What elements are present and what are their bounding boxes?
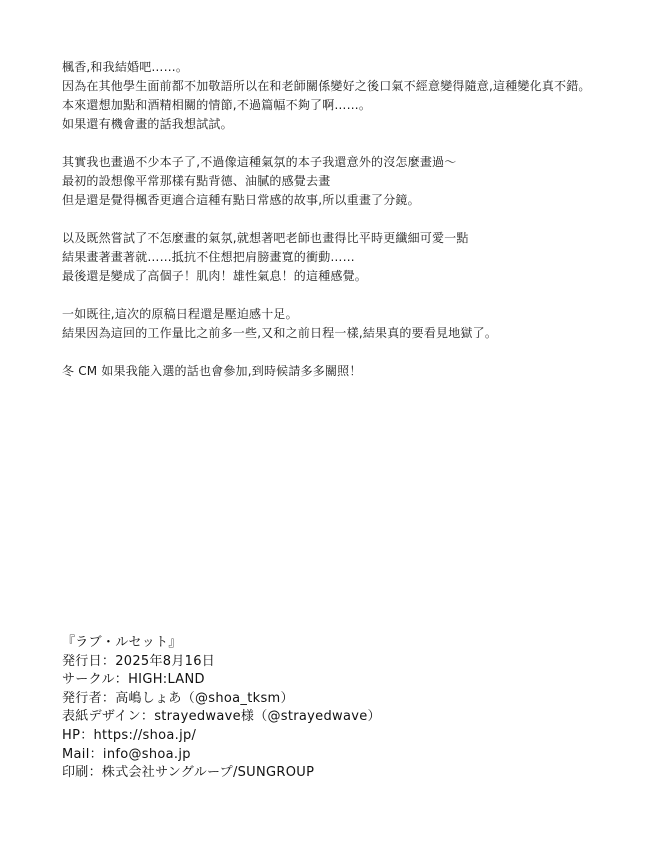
afterword-paragraph-2: 其實我也畫過不少本子了,不過像這種氣氛的本子我還意外的沒怎麼畫過～ 最初的設想像… <box>62 153 642 210</box>
text-line: 其實我也畫過不少本子了,不過像這種氣氛的本子我還意外的沒怎麼畫過～ <box>62 153 642 172</box>
text-line: 楓香,和我結婚吧……。 <box>62 58 642 77</box>
text-line: 結果因為這回的工作量比之前多一些,又和之前日程一樣,結果真的要看見地獄了。 <box>62 324 642 343</box>
homepage-url: HP：https://shoa.jp/ <box>62 727 462 746</box>
colophon: 『ラブ・ルセット』 発行日：2025年8月16日 サークル：HIGH:LAND … <box>62 634 462 783</box>
afterword-text: 楓香,和我結婚吧……。 因為在其他學生面前都不加敬語所以在和老師關係變好之後口氣… <box>62 58 642 400</box>
book-title: 『ラブ・ルセット』 <box>62 634 462 653</box>
afterword-paragraph-1: 楓香,和我結婚吧……。 因為在其他學生面前都不加敬語所以在和老師關係變好之後口氣… <box>62 58 642 134</box>
text-line: 如果還有機會畫的話我想試試。 <box>62 115 642 134</box>
cover-design-credit: 表紙デザイン：strayedwave様（@strayedwave） <box>62 708 462 727</box>
circle-name: サークル：HIGH:LAND <box>62 671 462 690</box>
afterword-paragraph-5: 冬 CM 如果我能入選的話也會參加,到時候請多多關照！ <box>62 362 642 381</box>
contact-email: Mail：info@shoa.jp <box>62 746 462 765</box>
book-page: 楓香,和我結婚吧……。 因為在其他學生面前都不加敬語所以在和老師關係變好之後口氣… <box>0 0 650 850</box>
publish-date: 発行日：2025年8月16日 <box>62 653 462 672</box>
text-line: 本來還想加點和酒精相關的情節,不過篇幅不夠了啊……。 <box>62 96 642 115</box>
afterword-paragraph-4: 一如既往,這次的原稿日程還是壓迫感十足。 結果因為這回的工作量比之前多一些,又和… <box>62 305 642 343</box>
publisher: 発行者：高嶋しょあ（@shoa_tksm） <box>62 690 462 709</box>
text-line: 一如既往,這次的原稿日程還是壓迫感十足。 <box>62 305 642 324</box>
text-line: 最初的設想像平常那樣有點背德、油膩的感覺去畫 <box>62 172 642 191</box>
text-line: 但是還是覺得楓香更適合這種有點日常感的故事,所以重畫了分鏡。 <box>62 191 642 210</box>
text-line: 冬 CM 如果我能入選的話也會參加,到時候請多多關照！ <box>62 362 642 381</box>
text-line: 因為在其他學生面前都不加敬語所以在和老師關係變好之後口氣不經意變得隨意,這種變化… <box>62 77 642 96</box>
text-line: 結果畫著畫著就……抵抗不住想把肩膀畫寬的衝動…… <box>62 248 642 267</box>
text-line: 最後還是變成了高個子！肌肉！雄性氣息！的這種感覺。 <box>62 267 642 286</box>
afterword-paragraph-3: 以及既然嘗試了不怎麼畫的氣氛,就想著吧老師也畫得比平時更纖細可愛一點 結果畫著畫… <box>62 229 642 286</box>
printer-credit: 印刷：株式会社サングループ/SUNGROUP <box>62 764 462 783</box>
text-line: 以及既然嘗試了不怎麼畫的氣氛,就想著吧老師也畫得比平時更纖細可愛一點 <box>62 229 642 248</box>
